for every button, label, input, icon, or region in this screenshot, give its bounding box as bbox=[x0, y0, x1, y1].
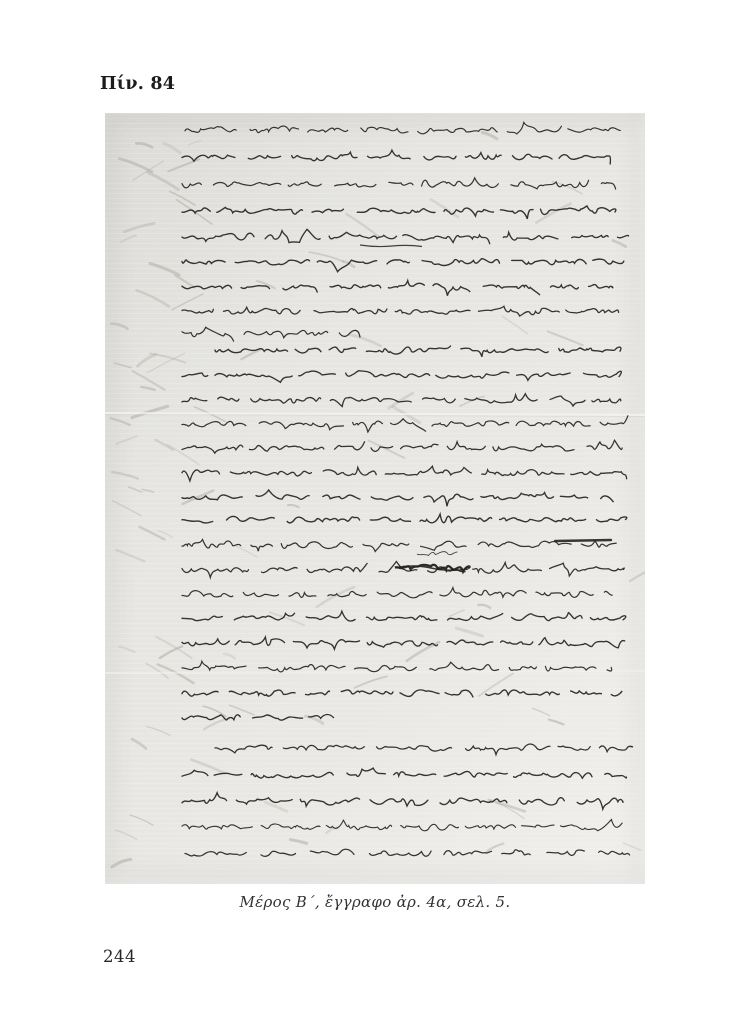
page-number: 244 bbox=[103, 947, 136, 966]
figure-caption: Μέρος Β´, ἔγγραφο ἀρ. 4α, σελ. 5. bbox=[105, 893, 645, 911]
manuscript-scan-image bbox=[105, 113, 645, 884]
plate-label: Πίν. 84 bbox=[100, 74, 175, 94]
manuscript-figure bbox=[105, 113, 645, 884]
